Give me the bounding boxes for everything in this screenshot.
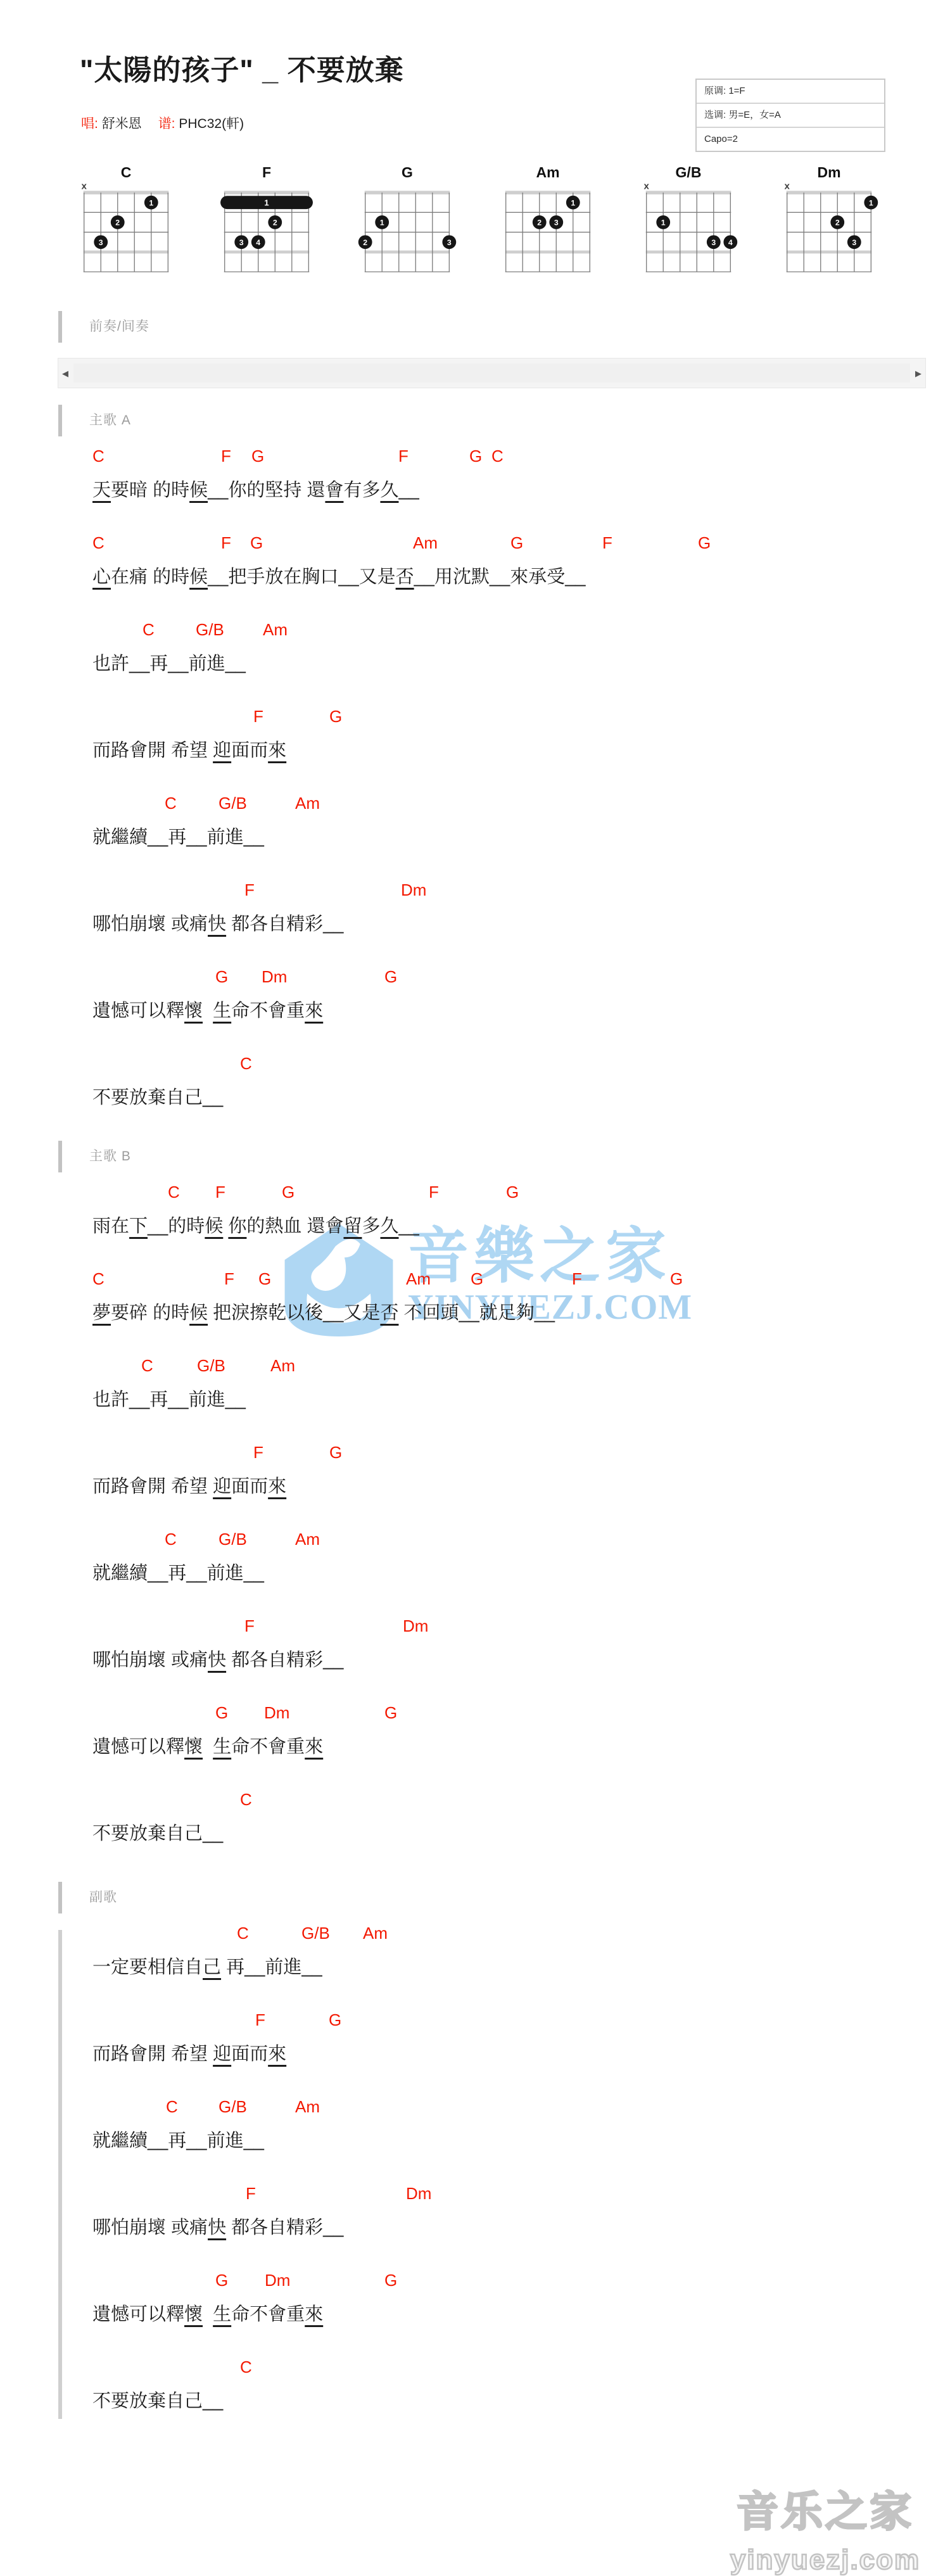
lyric-segment: 久 xyxy=(381,1216,399,1236)
section-2: 主歌 ACFGFGC天要暗 的時候__你的堅持 還會有多久__CFGAmGFG心… xyxy=(0,405,950,1112)
lyric-segment: 把手放在胸口 xyxy=(228,567,338,587)
chord-symbol: G xyxy=(469,445,482,467)
lyric-segment: 哪怕崩壞 或痛 xyxy=(92,914,208,934)
lyric-line: 哪怕崩壞 或痛快 都各自精彩__ xyxy=(0,2214,950,2242)
chord-line: CFGFG xyxy=(0,1181,950,1203)
lyric-segment: __ xyxy=(338,567,358,587)
chord-line: CG/BAm xyxy=(0,1922,950,1944)
lyric-segment: 要碎 的時 xyxy=(111,1303,189,1323)
chord-symbol: Dm xyxy=(403,1615,428,1637)
svg-text:2: 2 xyxy=(537,219,541,227)
scrollbar-track[interactable] xyxy=(73,364,910,383)
lyric-segment: 又是 xyxy=(343,1303,380,1323)
chord-lyric-pair: GDmG遺憾可以釋懷 生命不會重來 xyxy=(0,1702,950,1761)
lyric-segment: 生 xyxy=(213,1001,231,1021)
chord-symbol: G xyxy=(384,966,397,987)
chord-line: CG/BAm xyxy=(0,619,950,640)
chord-symbol: F xyxy=(602,532,612,554)
chord-symbol: G/B xyxy=(218,2096,247,2117)
lyric-line: 而路會開 希望 迎面而來 xyxy=(0,1473,950,1501)
lyric-segment: 不要放棄自己 xyxy=(92,1824,203,1844)
svg-text:1: 1 xyxy=(869,198,873,207)
lyric-segment: __ xyxy=(323,1650,343,1670)
lyric-line: 就繼續__再__前進__ xyxy=(0,823,950,851)
lyric-segment: __ xyxy=(490,567,510,587)
lyric-segment: 留 xyxy=(343,1216,362,1236)
lyric-segment: 就繼續 xyxy=(92,827,148,847)
section-label: 主歌 B xyxy=(58,1141,950,1172)
svg-text:3: 3 xyxy=(852,238,856,247)
lyric-line: 哪怕崩壞 或痛快 都各自精彩__ xyxy=(0,910,950,938)
chord-line: FDm xyxy=(0,879,950,901)
chord-diagram-label: G xyxy=(358,164,457,182)
lyric-segment: 來 xyxy=(305,2304,323,2325)
lyric-segment: 不要放棄自己 xyxy=(92,2391,203,2411)
chord-symbol: C xyxy=(92,445,104,467)
lyric-segment: 懷 xyxy=(184,1001,203,1021)
chord-symbol: C xyxy=(168,1181,180,1203)
svg-text:x: x xyxy=(784,182,790,191)
chord-lyric-pair: FG而路會開 希望 迎面而來 xyxy=(0,1442,950,1501)
chord-symbol: G xyxy=(329,706,342,727)
scrollbar-right-arrow[interactable]: ▶ xyxy=(915,369,921,378)
lyric-segment: 面而 xyxy=(231,2044,268,2064)
section-4: 副歌CG/BAm一定要相信自己 再__前進__FG而路會開 希望 迎面而來CG/… xyxy=(0,1882,950,2415)
lyric-segment: __ xyxy=(301,1957,322,1977)
lyric-segment: 面而 xyxy=(231,740,268,761)
chord-diagram: G123 xyxy=(358,164,457,273)
chord-symbol: G xyxy=(329,1442,342,1463)
lyric-segment: __ xyxy=(148,1216,168,1236)
chord-symbol: Dm xyxy=(406,2183,431,2204)
svg-text:x: x xyxy=(643,182,649,191)
chord-lyric-pair: CG/BAm就繼續__再__前進__ xyxy=(0,792,950,851)
lyric-segment: 來 xyxy=(268,2044,286,2064)
chord-symbol: C xyxy=(166,2096,178,2117)
lyric-segment: 多 xyxy=(362,1216,380,1236)
chord-symbol: G xyxy=(510,532,523,554)
lyric-segment: 都各自精彩 xyxy=(226,1650,323,1670)
lyric-line: 也許__再__前進__ xyxy=(0,650,950,678)
chord-symbol: C xyxy=(240,1053,252,1074)
chord-diagram-grid: 123 xyxy=(498,182,597,273)
chord-lyric-pair: FG而路會開 希望 迎面而來 xyxy=(0,706,950,765)
lyric-segment: 都各自精彩 xyxy=(226,2218,323,2238)
chord-symbol: C xyxy=(92,532,104,554)
svg-text:2: 2 xyxy=(273,219,277,227)
lyric-segment: 夢 xyxy=(92,1303,111,1323)
svg-text:3: 3 xyxy=(239,238,244,247)
singer-label: 唱: xyxy=(81,117,98,131)
lyric-segment: 要暗 的時 xyxy=(111,480,189,500)
chord-symbol: Am xyxy=(406,1268,431,1290)
lyric-segment: __ xyxy=(225,1390,246,1410)
lyric-segment: __ xyxy=(244,1957,265,1977)
singer-name: 舒米恩 xyxy=(102,117,142,131)
section-1: 前奏/间奏◀▶ xyxy=(0,311,950,388)
composer-label: 谱: xyxy=(158,117,175,131)
lyric-segment: __ xyxy=(203,1824,223,1844)
scrollbar-left-arrow[interactable]: ◀ xyxy=(62,369,68,378)
chord-line: C xyxy=(0,2356,950,2378)
lyric-line: 不要放棄自己__ xyxy=(0,2387,950,2415)
lyric-segment: __ xyxy=(399,1216,419,1236)
chord-symbol: Dm xyxy=(265,2269,290,2291)
lyric-segment: 來 xyxy=(305,1737,323,1757)
lyric-segment: 生 xyxy=(213,2304,231,2325)
lyric-segment: __ xyxy=(398,480,419,500)
chord-symbol: G xyxy=(698,532,711,554)
section-lines: CFGFGC天要暗 的時候__你的堅持 還會有多久__CFGAmGFG心在痛 的… xyxy=(0,445,950,1112)
chord-diagram: F1234 xyxy=(217,164,316,273)
lyric-segment: __ xyxy=(148,827,168,847)
chord-diagram: G/Bx134 xyxy=(639,164,738,273)
lyric-segment: 哪怕崩壞 或痛 xyxy=(92,1650,208,1670)
lyric-segment: 否 xyxy=(396,567,414,587)
lyric-segment: 再 xyxy=(168,827,186,847)
lyric-segment: 不要放棄自己 xyxy=(92,1088,203,1108)
lyric-segment: 你 xyxy=(228,1216,246,1236)
svg-text:1: 1 xyxy=(264,198,269,207)
lyric-segment: 懷 xyxy=(184,2304,203,2325)
lyric-segment: 前進 xyxy=(207,2131,244,2151)
lyric-segment: __ xyxy=(203,2391,223,2411)
chord-line: FG xyxy=(0,1442,950,1463)
chord-lyric-pair: CG/BAm就繼續__再__前進__ xyxy=(0,2096,950,2155)
lyric-segment: 否 xyxy=(380,1303,398,1323)
chord-symbol: F xyxy=(253,706,263,727)
lyric-segment: 都各自精彩 xyxy=(226,914,323,934)
lyric-line: 不要放棄自己__ xyxy=(0,1084,950,1112)
lyric-segment: __ xyxy=(168,1390,188,1410)
chord-symbol: Am xyxy=(295,792,320,814)
svg-text:4: 4 xyxy=(728,238,733,247)
lyric-line: 不要放棄自己__ xyxy=(0,1820,950,1848)
chord-symbol: Am xyxy=(295,1528,320,1550)
lyric-segment: 天 xyxy=(92,480,111,500)
lyric-segment: __ xyxy=(244,1563,264,1583)
lyric-line: 一定要相信自己 再__前進__ xyxy=(0,1953,950,1981)
lyric-segment: 也許 xyxy=(92,654,129,674)
svg-text:2: 2 xyxy=(835,219,840,227)
chord-symbol: F xyxy=(253,1442,263,1463)
lyric-line: 遺憾可以釋懷 生命不會重來 xyxy=(0,2300,950,2328)
lyric-segment: 候 xyxy=(205,1216,223,1236)
section-lines: CG/BAm一定要相信自己 再__前進__FG而路會開 希望 迎面而來CG/BA… xyxy=(0,1922,950,2415)
section-label: 主歌 A xyxy=(58,405,950,436)
chord-symbol: F xyxy=(224,1268,234,1290)
chord-symbol: Dm xyxy=(264,1702,289,1723)
song-body: 前奏/间奏◀▶主歌 ACFGFGC天要暗 的時候__你的堅持 還會有多久__CF… xyxy=(0,311,950,2415)
chord-line: CG/BAm xyxy=(0,1528,950,1550)
chord-symbol: F xyxy=(244,1615,255,1637)
chord-symbol: Am xyxy=(270,1355,295,1376)
lyric-segment: 候 xyxy=(189,567,208,587)
chord-symbol: C xyxy=(165,792,177,814)
chord-symbol: F xyxy=(221,445,231,467)
svg-text:3: 3 xyxy=(447,238,452,247)
lyric-segment: __ xyxy=(186,827,206,847)
chord-symbol: G xyxy=(251,445,264,467)
chord-line: GDmG xyxy=(0,1702,950,1723)
lyric-segment: __ xyxy=(414,567,434,587)
chord-diagram-grid: x134 xyxy=(639,182,738,273)
lyric-segment: __ xyxy=(535,1303,555,1323)
chord-symbol: C xyxy=(491,445,503,467)
lyric-segment xyxy=(203,2304,213,2325)
lyric-segment: __ xyxy=(225,654,246,674)
chord-symbol: F xyxy=(255,2009,265,2031)
lyric-segment: 來 xyxy=(268,1476,286,1497)
svg-text:1: 1 xyxy=(149,198,153,207)
chord-lyric-pair: FDm哪怕崩壞 或痛快 都各自精彩__ xyxy=(0,2183,950,2242)
chord-symbol: Am xyxy=(263,619,288,640)
lyric-segment: 的熱血 還會 xyxy=(246,1216,343,1236)
chord-symbol: G xyxy=(329,2009,341,2031)
chord-symbol: G xyxy=(384,2269,397,2291)
chord-symbol: C xyxy=(141,1355,153,1376)
corner-brand-domain: yinyuezj.com xyxy=(714,2544,936,2576)
lyric-segment: 就繼續 xyxy=(92,1563,148,1583)
chord-line: CFGFGC xyxy=(0,445,950,467)
lyric-segment: __ xyxy=(129,1390,149,1410)
svg-text:3: 3 xyxy=(99,238,103,247)
chord-diagram-label: Dm xyxy=(780,164,878,182)
lyric-segment: 不回頭 xyxy=(398,1303,459,1323)
lyric-line: 天要暗 的時候__你的堅持 還會有多久__ xyxy=(0,476,950,504)
lyric-segment: __ xyxy=(323,914,343,934)
section-lines: CFGFG雨在下__的時候 你的熱血 還會留多久__CFGAmGFG夢要碎 的時… xyxy=(0,1181,950,1848)
svg-text:2: 2 xyxy=(115,219,120,227)
chord-symbol: C xyxy=(240,1789,252,1810)
lyric-segment: 久 xyxy=(380,480,398,500)
svg-text:x: x xyxy=(81,182,87,191)
lyric-segment: 前進 xyxy=(207,827,244,847)
svg-text:1: 1 xyxy=(380,219,384,227)
lyric-line: 哪怕崩壞 或痛快 都各自精彩__ xyxy=(0,1646,950,1674)
lyric-segment: 迎 xyxy=(213,740,231,761)
svg-text:4: 4 xyxy=(256,238,260,247)
lyric-line: 夢要碎 的時候 把淚擦乾以後__又是否 不回頭__就足夠__ xyxy=(0,1299,950,1327)
chord-lyric-pair: FDm哪怕崩壞 或痛快 都各自精彩__ xyxy=(0,1615,950,1674)
chord-diagram: Dmx123 xyxy=(780,164,878,273)
svg-text:2: 2 xyxy=(363,238,367,247)
chord-symbol: Am xyxy=(295,2096,320,2117)
chord-symbol: G/B xyxy=(197,1355,225,1376)
chord-lyric-pair: CG/BAm就繼續__再__前進__ xyxy=(0,1528,950,1587)
chord-diagram-label: Am xyxy=(498,164,597,182)
chord-diagram-grid: 123 xyxy=(358,182,457,273)
lyric-segment: 在痛 的時 xyxy=(111,567,189,587)
chord-line: FDm xyxy=(0,2183,950,2204)
lyric-line: 而路會開 希望 迎面而來 xyxy=(0,2040,950,2068)
lyric-segment: 來 xyxy=(305,1001,323,1021)
lyric-line: 而路會開 希望 迎面而來 xyxy=(0,737,950,765)
score-scroll-area[interactable]: ◀▶ xyxy=(58,358,926,388)
chord-symbol: Dm xyxy=(262,966,287,987)
chord-lyric-pair: CG/BAm一定要相信自己 再__前進__ xyxy=(0,1922,950,1981)
chord-diagram: Am123 xyxy=(498,164,597,273)
lyric-segment: 用沈默 xyxy=(434,567,490,587)
chord-symbol: G xyxy=(215,1702,228,1723)
lyric-segment: 前進 xyxy=(207,1563,244,1583)
chord-symbol: Am xyxy=(413,532,438,554)
section-label: 副歌 xyxy=(58,1882,950,1913)
lyric-line: 心在痛 的時候__把手放在胸口__又是否__用沈默__來承受__ xyxy=(0,563,950,591)
chord-symbol: G/B xyxy=(218,1528,247,1550)
lyric-segment: 你的堅持 還 xyxy=(228,480,325,500)
chord-line: CFGAmGFG xyxy=(0,1268,950,1290)
chord-symbol: F xyxy=(246,2183,256,2204)
lyric-segment: 的時 xyxy=(168,1216,205,1236)
chord-symbol: G/B xyxy=(301,1922,330,1944)
chord-symbol: C xyxy=(142,619,155,640)
chord-diagram-label: G/B xyxy=(639,164,738,182)
chord-line: C xyxy=(0,1789,950,1810)
chord-symbol: C xyxy=(92,1268,104,1290)
chord-lyric-pair: GDmG遺憾可以釋懷 生命不會重來 xyxy=(0,2269,950,2328)
chord-lyric-pair: GDmG遺憾可以釋懷 生命不會重來 xyxy=(0,966,950,1025)
lyric-segment: __ xyxy=(129,654,149,674)
chord-lyric-pair: CFGAmGFG心在痛 的時候__把手放在胸口__又是否__用沈默__來承受__ xyxy=(0,532,950,591)
lyric-segment: 命不會重 xyxy=(231,1001,305,1021)
lyric-line: 也許__再__前進__ xyxy=(0,1386,950,1414)
chord-symbol: C xyxy=(237,1922,249,1944)
svg-text:1: 1 xyxy=(571,198,575,207)
chord-lyric-pair: FG而路會開 希望 迎面而來 xyxy=(0,2009,950,2068)
chord-symbol: G xyxy=(215,2269,228,2291)
lyric-segment: __ xyxy=(148,2131,168,2151)
chord-symbol: F xyxy=(244,879,255,901)
chord-diagram-grid: 1234 xyxy=(217,182,316,273)
chord-symbol: Dm xyxy=(401,879,426,901)
chord-diagram-grid: x123 xyxy=(77,182,175,273)
chord-symbol: F xyxy=(572,1268,582,1290)
lyric-segment: 生 xyxy=(213,1737,231,1757)
chord-line: GDmG xyxy=(0,966,950,987)
lyric-segment: __ xyxy=(208,480,228,500)
lyric-segment: 懷 xyxy=(184,1737,203,1757)
lyric-segment: 把淚擦乾以後 xyxy=(208,1303,323,1323)
lyric-segment: 而路會開 希望 xyxy=(92,2044,213,2064)
lyric-segment: 前進 xyxy=(189,654,225,674)
chord-symbol: C xyxy=(165,1528,177,1550)
chord-symbol: G xyxy=(384,1702,397,1723)
chord-symbol: G xyxy=(258,1268,271,1290)
chord-line: FG xyxy=(0,706,950,727)
lyric-segment: 就繼續 xyxy=(92,2131,148,2151)
svg-text:1: 1 xyxy=(661,219,666,227)
lyric-segment: 遺憾可以釋 xyxy=(92,2304,184,2325)
lyric-line: 就繼續__再__前進__ xyxy=(0,2127,950,2155)
chord-symbol: F xyxy=(398,445,408,467)
chord-symbol: G xyxy=(250,532,263,554)
lyric-segment: 也許 xyxy=(92,1390,129,1410)
chord-diagram-grid: x123 xyxy=(780,182,878,273)
lyric-line: 遺憾可以釋懷 生命不會重來 xyxy=(0,1733,950,1761)
lyric-segment: 來承受 xyxy=(510,567,565,587)
chord-line: CFGAmGFG xyxy=(0,532,950,554)
chord-lyric-pair: CG/BAm也許__再__前進__ xyxy=(0,619,950,678)
chord-lyric-pair: CFGFG雨在下__的時候 你的熱血 還會留多久__ xyxy=(0,1181,950,1240)
lyric-segment: 快 xyxy=(208,1650,226,1670)
chord-symbol: G xyxy=(471,1268,483,1290)
chord-line: GDmG xyxy=(0,2269,950,2291)
chord-symbol: G xyxy=(506,1181,519,1203)
chord-sheet-page: "太陽的孩子" _ 不要放棄 唱: 舒米恩谱: PHC32(軒) 原调: 1=F… xyxy=(0,0,950,2576)
lyric-segment: __ xyxy=(148,1563,168,1583)
composer-name: PHC32(軒) xyxy=(179,117,244,131)
svg-text:3: 3 xyxy=(554,219,559,227)
lyric-segment: 再 xyxy=(168,1563,186,1583)
tuning-row: 选调: 男=E，女=A xyxy=(697,104,884,128)
chord-symbol: G xyxy=(215,966,228,987)
chord-line: CG/BAm xyxy=(0,2096,950,2117)
lyric-segment: 而路會開 希望 xyxy=(92,740,213,761)
chord-symbol: Am xyxy=(363,1922,388,1944)
lyric-segment: __ xyxy=(323,1303,343,1323)
lyric-segment: 下 xyxy=(129,1216,148,1236)
lyric-segment: 雨在 xyxy=(92,1216,129,1236)
chord-symbol: G/B xyxy=(218,792,247,814)
lyric-segment: 前進 xyxy=(189,1390,225,1410)
lyric-segment: 快 xyxy=(208,914,226,934)
section-label: 前奏/间奏 xyxy=(58,311,950,343)
chord-symbol: G xyxy=(670,1268,683,1290)
chord-diagram-row: Cx123F1234G123Am123G/Bx134Dmx123 xyxy=(77,164,950,273)
chord-line: FG xyxy=(0,2009,950,2031)
lyric-segment: 又是 xyxy=(359,567,396,587)
lyric-segment: __ xyxy=(459,1303,479,1323)
section-rail xyxy=(58,1930,62,2419)
lyric-segment: 前進 xyxy=(265,1957,301,1977)
lyric-segment xyxy=(203,1737,213,1757)
chord-line: C xyxy=(0,1053,950,1074)
chord-diagram-label: F xyxy=(217,164,316,182)
chord-lyric-pair: CFGAmGFG夢要碎 的時候 把淚擦乾以後__又是否 不回頭__就足夠__ xyxy=(0,1268,950,1327)
lyric-segment: 迎 xyxy=(213,2044,231,2064)
chord-lyric-pair: CG/BAm也許__再__前進__ xyxy=(0,1355,950,1414)
lyric-segment: 命不會重 xyxy=(231,1737,305,1757)
lyric-segment: __ xyxy=(186,2131,206,2151)
lyric-segment: __ xyxy=(208,567,228,587)
lyric-segment: __ xyxy=(186,1563,206,1583)
chord-diagram-label: C xyxy=(77,164,175,182)
lyric-line: 遺憾可以釋懷 生命不會重來 xyxy=(0,997,950,1025)
lyric-segment: __ xyxy=(323,2218,343,2238)
chord-lyric-pair: C不要放棄自己__ xyxy=(0,1789,950,1848)
lyric-segment: 迎 xyxy=(213,1476,231,1497)
lyric-segment: __ xyxy=(565,567,585,587)
chord-diagram: Cx123 xyxy=(77,164,175,273)
lyric-segment: 再 xyxy=(168,2131,186,2151)
lyric-segment: 再 xyxy=(149,1390,168,1410)
chord-lyric-pair: C不要放棄自己__ xyxy=(0,1053,950,1112)
lyric-segment: 己 xyxy=(203,1957,221,1977)
page-title: "太陽的孩子" _ 不要放棄 xyxy=(0,0,950,88)
lyric-segment: 快 xyxy=(208,2218,226,2238)
lyric-segment: 哪怕崩壞 或痛 xyxy=(92,2218,208,2238)
lyric-segment: 來 xyxy=(268,740,286,761)
chord-symbol: F xyxy=(215,1181,225,1203)
lyric-segment: 候 xyxy=(189,480,208,500)
chord-symbol: F xyxy=(429,1181,439,1203)
tuning-info-box: 原调: 1=F选调: 男=E，女=ACapo=2 xyxy=(695,79,885,152)
chord-line: FDm xyxy=(0,1615,950,1637)
corner-watermark: 音乐之家 yinyuezj.com xyxy=(714,2478,936,2576)
lyric-segment: 候 xyxy=(189,1303,208,1323)
chord-lyric-pair: CFGFGC天要暗 的時候__你的堅持 還會有多久__ xyxy=(0,445,950,504)
